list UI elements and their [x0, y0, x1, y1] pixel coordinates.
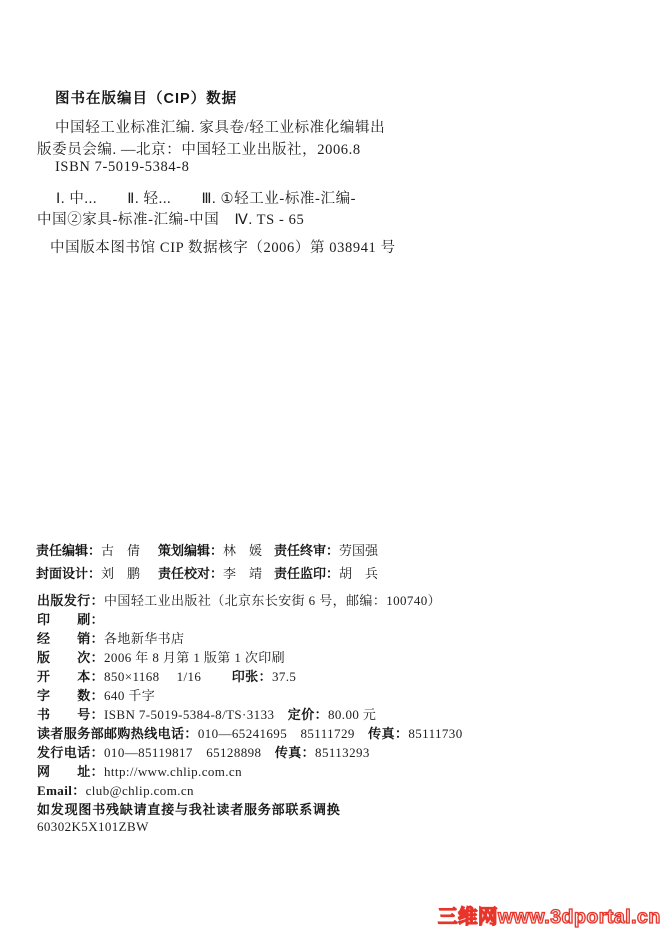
pub-label: 版 次：: [37, 650, 104, 665]
pub-value-2: 80.00 元: [328, 707, 376, 722]
pub-value: 中国轻工业出版社（北京东长安街 6 号，邮编：100740）: [104, 593, 441, 608]
cip-classification-line-1: Ⅰ. 中... Ⅱ. 轻... Ⅲ. ①轻工业-标准-汇编-: [56, 187, 356, 208]
credit-planning-editor: 策划编辑：林 媛: [158, 540, 262, 559]
cip-classification-line-2: 中国②家具-标准-汇编-中国 Ⅳ. TS - 65: [37, 208, 304, 229]
pub-label: 印 刷：: [37, 612, 104, 627]
pub-row-edition: 版 次：2006 年 8 月第 1 版第 1 次印刷: [37, 647, 285, 666]
pub-row-email: Email：club@chlip.com.cn: [37, 780, 194, 799]
pub-row-website: 网 址：http://www.chlip.com.cn: [37, 761, 242, 780]
pub-value: 010—65241695 85111729: [198, 726, 355, 741]
credits-row-2: 封面设计：刘 鹏 责任校对：李 靖 责任监印：胡 兵: [36, 563, 456, 581]
pub-row-print-code: 60302K5X101ZBW: [37, 819, 149, 835]
cip-title-line-1: 中国轻工业标准汇编. 家具卷/轻工业标准化编辑出: [55, 116, 385, 137]
pub-row-sales-phone: 发行电话：010—85119817 65128898 传真：85113293: [37, 742, 370, 761]
credit-name: 古 倩: [101, 543, 140, 558]
pub-label: 读者服务部邮购热线电话：: [37, 726, 198, 741]
pub-row-exchange-notice: 如发现图书残缺请直接与我社读者服务部联系调换: [37, 799, 341, 818]
pub-value: 010—85119817 65128898: [104, 745, 261, 760]
credit-print-supervisor: 责任监印：胡 兵: [274, 563, 378, 582]
credit-name: 李 靖: [223, 566, 262, 581]
pub-label: 开 本：: [37, 669, 104, 684]
pub-value: 640 千字: [104, 688, 155, 703]
pub-value-2: 37.5: [272, 669, 296, 684]
credit-editor: 责任编辑：古 倩: [36, 540, 140, 559]
pub-label: 网 址：: [37, 764, 104, 779]
pub-label: 经 销：: [37, 631, 104, 646]
credit-label: 封面设计：: [36, 566, 101, 581]
pub-label-2: 传真：: [261, 745, 315, 760]
pub-value: ISBN 7-5019-5384-8/TS·3133: [104, 707, 274, 722]
credit-name: 胡 兵: [339, 566, 378, 581]
pub-label: 字 数：: [37, 688, 104, 703]
credit-label: 责任监印：: [274, 566, 339, 581]
cip-heading: 图书在版编目（CIP）数据: [55, 87, 237, 108]
credit-proofreader: 责任校对：李 靖: [158, 563, 262, 582]
credit-label: 策划编辑：: [158, 543, 223, 558]
cip-isbn: ISBN 7-5019-5384-8: [55, 159, 189, 176]
pub-row-isbn-price: 书 号：ISBN 7-5019-5384-8/TS·3133 定价：80.00 …: [37, 704, 376, 723]
3dportal-watermark: 三维网www.3dportal.cn: [438, 901, 661, 929]
pub-row-printer: 印 刷：: [37, 609, 104, 628]
pub-value: 各地新华书店: [104, 631, 184, 646]
cip-title-line-2: 版委员会编. —北京：中国轻工业出版社，2006.8: [37, 138, 361, 159]
pub-value: 850×1168 1/16: [104, 669, 201, 684]
pub-label: Email：: [37, 783, 86, 798]
pub-value: 2006 年 8 月第 1 版第 1 次印刷: [104, 650, 285, 665]
cip-record-number: 中国版本图书馆 CIP 数据核字（2006）第 038941 号: [50, 236, 396, 257]
pub-email-address: club@chlip.com.cn: [86, 783, 194, 798]
exchange-notice-text: 如发现图书残缺请直接与我社读者服务部联系调换: [37, 802, 341, 817]
pub-website-url: http://www.chlip.com.cn: [104, 764, 242, 779]
pub-label: 书 号：: [37, 707, 104, 722]
pub-row-distributor: 经 销：各地新华书店: [37, 628, 184, 647]
credit-name: 刘 鹏: [101, 566, 140, 581]
credit-label: 责任终审：: [274, 543, 339, 558]
credit-label: 责任编辑：: [36, 543, 101, 558]
pub-row-reader-hotline: 读者服务部邮购热线电话：010—65241695 85111729 传真：851…: [37, 723, 463, 742]
pub-label-2: 定价：: [274, 707, 328, 722]
pub-label-2: 印张：: [201, 669, 272, 684]
pub-label: 发行电话：: [37, 745, 104, 760]
book-copyright-page: 图书在版编目（CIP）数据 中国轻工业标准汇编. 家具卷/轻工业标准化编辑出 版…: [0, 0, 669, 933]
credit-name: 劳国强: [339, 543, 378, 558]
credit-label: 责任校对：: [158, 566, 223, 581]
pub-label-2: 传真：: [355, 726, 409, 741]
print-code-text: 60302K5X101ZBW: [37, 819, 149, 834]
credits-row-1: 责任编辑：古 倩 策划编辑：林 媛 责任终审：劳国强: [36, 540, 456, 558]
credit-final-reviewer: 责任终审：劳国强: [274, 540, 378, 559]
credit-name: 林 媛: [223, 543, 262, 558]
credit-cover-designer: 封面设计：刘 鹏: [36, 563, 140, 582]
pub-label: 出版发行：: [37, 593, 104, 608]
pub-row-format: 开 本：850×1168 1/16 印张：37.5: [37, 666, 296, 685]
pub-value-2: 85113293: [315, 745, 370, 760]
pub-row-publisher: 出版发行：中国轻工业出版社（北京东长安街 6 号，邮编：100740）: [37, 590, 441, 609]
pub-value-2: 85111730: [408, 726, 462, 741]
pub-row-wordcount: 字 数：640 千字: [37, 685, 155, 704]
